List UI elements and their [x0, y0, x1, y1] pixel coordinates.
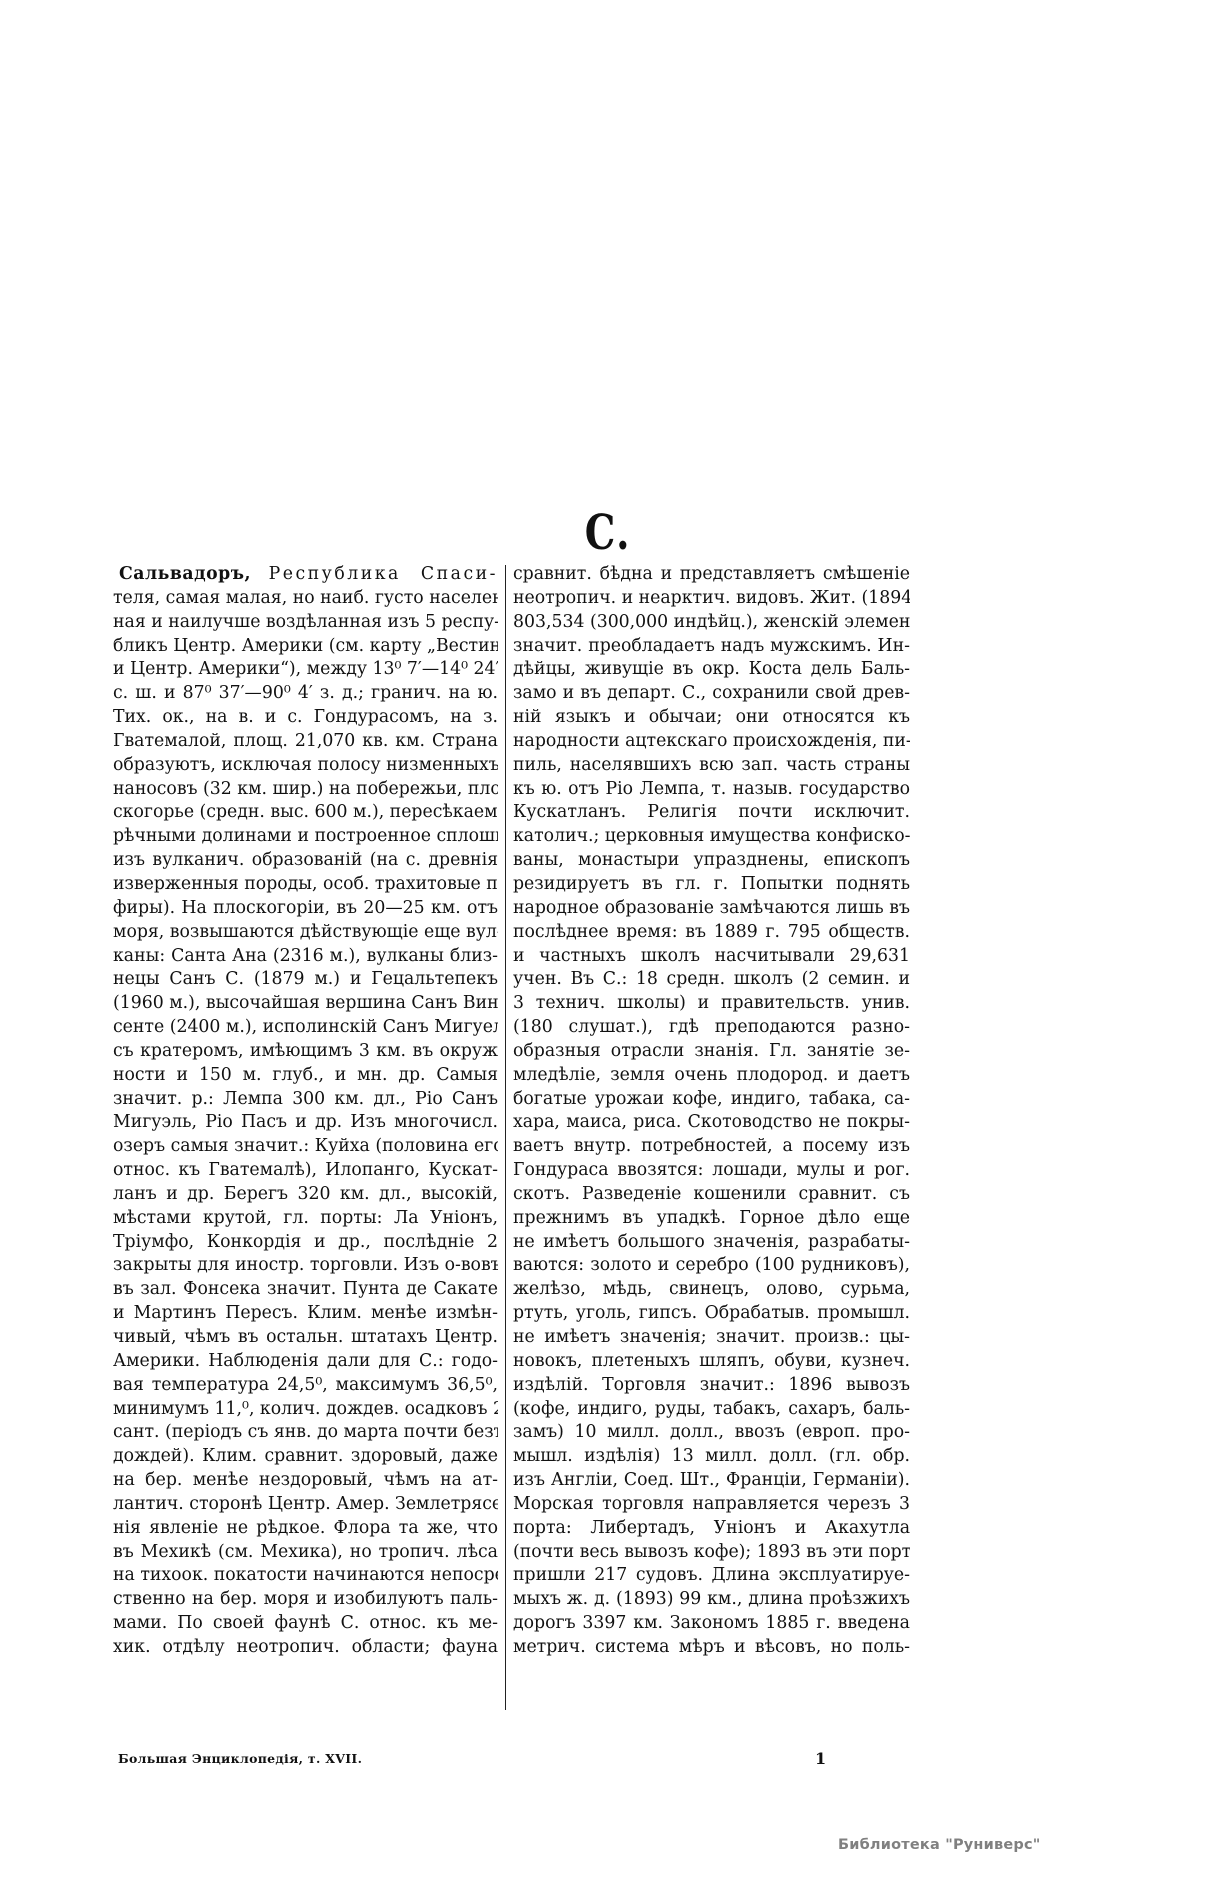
- text-line: значит. р.: Лемпа 300 км. дл., Ріо Санъ: [113, 1088, 498, 1112]
- text-line: Кускатланъ. Религія почти исключит.: [513, 801, 910, 825]
- text-line: ваны, монастыри упразднены, епископъ: [513, 849, 910, 873]
- text-line: неотропич. и неарктич. видовъ. Жит. (189…: [513, 587, 910, 611]
- text-line: католич.; церковныя имущества конфиско-: [513, 825, 910, 849]
- text-fragment: Республика Спаси-: [269, 564, 498, 584]
- text-line: (1960 м.), высочайшая вершина Санъ Вин-: [113, 992, 498, 1016]
- volume-signature: Большая Энциклопедія, т. XVII.: [118, 1751, 362, 1766]
- text-line: мледѣліе, земля очень плодород. и даетъ: [513, 1064, 910, 1088]
- text-line: бликъ Центр. Америки (см. карту „Вестинд…: [113, 635, 498, 659]
- text-line: дорогъ 3397 км. Закономъ 1885 г. введена: [513, 1612, 910, 1636]
- text-line: ртуть, уголь, гипсъ. Обрабатыв. промышл.: [513, 1302, 910, 1326]
- left-column: Сальвадоръ, Республика Спаси- теля, сама…: [113, 563, 498, 1660]
- text-line: минимумъ 11,⁰, колич. дождев. осадковъ 2…: [113, 1398, 498, 1422]
- text-line: дождей). Клим. сравнит. здоровый, даже: [113, 1445, 498, 1469]
- text-line: ственно на бер. моря и изобилуютъ паль-: [113, 1588, 498, 1612]
- section-letter-heading: С.: [122, 505, 1094, 561]
- text-line: Сальвадоръ, Республика Спаси-: [113, 563, 498, 587]
- text-line: дѣйцы, живущіе въ окр. Коста дель Баль-: [513, 658, 910, 682]
- article-body: Сальвадоръ, Республика Спаси- теля, сама…: [113, 563, 910, 1713]
- text-line: фиры). На плоскогоріи, въ 20—25 км. отъ: [113, 897, 498, 921]
- text-line: новокъ, плетеныхъ шляпъ, обуви, кузнеч.: [513, 1350, 910, 1374]
- text-line: изъ вулканич. образованій (на с. древнія: [113, 849, 498, 873]
- text-line: желѣзо, мѣдь, свинецъ, олово, сурьма,: [513, 1278, 910, 1302]
- text-line: мыхъ ж. д. (1893) 99 км., длина проѣзжих…: [513, 1588, 910, 1612]
- text-line: замъ) 10 милл. долл., ввозъ (европ. про-: [513, 1421, 910, 1445]
- text-line: с. ш. и 87⁰ 37′—90⁰ 4′ з. д.; гранич. на…: [113, 682, 498, 706]
- text-line: ности и 150 м. глуб., и мн. др. Самыя: [113, 1064, 498, 1088]
- text-line: сенте (2400 м.), исполинскій Санъ Мигуел…: [113, 1016, 498, 1040]
- right-column: сравнит. бѣдна и представляетъ смѣшеніе …: [513, 563, 910, 1660]
- text-line: скотъ. Разведеніе кошенили сравнит. съ: [513, 1183, 910, 1207]
- text-line: къ ю. отъ Ріо Лемпа, т. назыв. государст…: [513, 778, 910, 802]
- text-line: народности ацтекскаго происхожденія, пи-: [513, 730, 910, 754]
- text-line: закрыты для иностр. торговли. Изъ о-вовъ: [113, 1254, 498, 1278]
- text-line: наносовъ (32 км. шир.) на побережьи, пло…: [113, 778, 498, 802]
- text-line: относ. къ Гватемалѣ), Илопанго, Кускат-: [113, 1159, 498, 1183]
- text-line: на тихоок. покатости начинаются непосред…: [113, 1564, 498, 1588]
- text-line: въ зал. Фонсека значит. Пунта де Сакате: [113, 1278, 498, 1302]
- column-divider: [505, 565, 506, 1710]
- text-line: вая температура 24,5⁰, максимумъ 36,5⁰,: [113, 1374, 498, 1398]
- page-number: 1: [815, 1749, 826, 1768]
- text-line: теля, самая малая, но наиб. густо населе…: [113, 587, 498, 611]
- text-line: хик. отдѣлу неотропич. области; фауна: [113, 1636, 498, 1660]
- text-line: Тих. ок., на в. и с. Гондурасомъ, на з.: [113, 706, 498, 730]
- text-line: изверженныя породы, особ. трахитовые пор…: [113, 873, 498, 897]
- text-line: замо и въ департ. С., сохранили свой дре…: [513, 682, 910, 706]
- text-line: образныя отрасли знанія. Гл. занятіе зе-: [513, 1040, 910, 1064]
- text-line: рѣчными долинами и построенное сплошь: [113, 825, 498, 849]
- text-line: Америки. Наблюденія дали для С.: годо-: [113, 1350, 498, 1374]
- text-line: на бер. менѣе нездоровый, чѣмъ на ат-: [113, 1469, 498, 1493]
- text-line: Гватемалой, площ. 21,070 кв. км. Страна: [113, 730, 498, 754]
- text-line: не имѣетъ большого значенія, разрабаты-: [513, 1231, 910, 1255]
- text-line: пришли 217 судовъ. Длина эксплуатируе-: [513, 1564, 910, 1588]
- text-line: (180 слушат.), гдѣ преподаются разно-: [513, 1016, 910, 1040]
- text-line: скогорье (средн. выс. 600 м.), пересѣкае…: [113, 801, 498, 825]
- text-line: мами. По своей фаунѣ С. относ. къ ме-: [113, 1612, 498, 1636]
- text-line: (почти весь вывозъ кофе); 1893 въ эти по…: [513, 1541, 910, 1565]
- article-term: Сальвадоръ,: [119, 564, 251, 584]
- text-line: мѣстами крутой, гл. порты: Ла Уніонъ,: [113, 1207, 498, 1231]
- text-line: нецы Санъ С. (1879 м.) и Гецальтепекъ: [113, 968, 498, 992]
- text-line: и Мартинъ Пересъ. Клим. менѣе измѣн-: [113, 1302, 498, 1326]
- text-line: сравнит. бѣдна и представляетъ смѣшеніе: [513, 563, 910, 587]
- text-line: 3 технич. школы) и правительств. унив.: [513, 992, 910, 1016]
- library-watermark: Библиотека "Руниверс": [838, 1837, 1041, 1853]
- text-line: порта: Либертадъ, Уніонъ и Акахутла: [513, 1517, 910, 1541]
- text-line: Тріумфо, Конкордія и др., послѣдніе 2: [113, 1231, 498, 1255]
- text-line: моря, возвышаются дѣйствующіе еще вул-: [113, 921, 498, 945]
- text-line: Морская торговля направляется черезъ 3: [513, 1493, 910, 1517]
- text-line: значит. преобладаетъ надъ мужскимъ. Ин-: [513, 635, 910, 659]
- text-line: озеръ самыя значит.: Куйха (половина его: [113, 1135, 498, 1159]
- text-line: сант. (періодъ съ янв. до марта почти бе…: [113, 1421, 498, 1445]
- text-line: Мигуэль, Ріо Пасъ и др. Изъ многочисл.: [113, 1111, 498, 1135]
- text-line: метрич. система мѣръ и вѣсовъ, но поль-: [513, 1636, 910, 1660]
- text-line: хара, маиса, риса. Скотоводство не покры…: [513, 1111, 910, 1135]
- text-line: чивый, чѣмъ въ остальн. штатахъ Центр.: [113, 1326, 498, 1350]
- text-line: 803,534 (300,000 индѣйц.), женскій элеме…: [513, 611, 910, 635]
- text-line: въ Мехикѣ (см. Мехика), но тропич. лѣса: [113, 1541, 498, 1565]
- text-line: образуютъ, исключая полосу низменныхъ: [113, 754, 498, 778]
- text-line: ваются: золото и серебро (100 рудниковъ)…: [513, 1254, 910, 1278]
- text-line: ная и наилучше воздѣланная изъ 5 респу-: [113, 611, 498, 635]
- text-line: изъ Англіи, Соед. Шт., Франціи, Германіи…: [513, 1469, 910, 1493]
- text-line: ланъ и др. Берегъ 320 км. дл., высокій,: [113, 1183, 498, 1207]
- text-line: не имѣетъ значенія; значит. произв.: цы-: [513, 1326, 910, 1350]
- text-line: резидируетъ въ гл. г. Попытки поднять: [513, 873, 910, 897]
- text-line: учен. Въ С.: 18 средн. школъ (2 семин. и: [513, 968, 910, 992]
- text-line: пиль, населявшихъ всю зап. часть страны: [513, 754, 910, 778]
- text-line: каны: Санта Ана (2316 м.), вулканы близ-: [113, 945, 498, 969]
- text-line: и частныхъ школъ насчитывали 29,631: [513, 945, 910, 969]
- text-line: (кофе, индиго, руды, табакъ, сахаръ, бал…: [513, 1398, 910, 1422]
- text-line: ваетъ внутр. потребностей, а посему изъ: [513, 1135, 910, 1159]
- text-line: народное образованіе замѣчаются лишь въ: [513, 897, 910, 921]
- text-line: прежнимъ въ упадкѣ. Горное дѣло еще: [513, 1207, 910, 1231]
- text-line: ній языкъ и обычаи; они относятся къ: [513, 706, 910, 730]
- text-line: лантич. сторонѣ Центр. Амер. Землетрясе-: [113, 1493, 498, 1517]
- text-line: издѣлій. Торговля значит.: 1896 вывозъ: [513, 1374, 910, 1398]
- text-line: и Центр. Америки“), между 13⁰ 7′—14⁰ 24′: [113, 658, 498, 682]
- text-line: съ кратеромъ, имѣющимъ 3 км. въ окруж: [113, 1040, 498, 1064]
- text-line: послѣднее время: въ 1889 г. 795 обществ.: [513, 921, 910, 945]
- text-line: мышл. издѣлія) 13 милл. долл. (гл. обр.: [513, 1445, 910, 1469]
- text-line: богатые урожаи кофе, индиго, табака, са-: [513, 1088, 910, 1112]
- text-line: Гондураса ввозятся: лошади, мулы и рог.: [513, 1159, 910, 1183]
- text-line: нія явленіе не рѣдкое. Флора та же, что: [113, 1517, 498, 1541]
